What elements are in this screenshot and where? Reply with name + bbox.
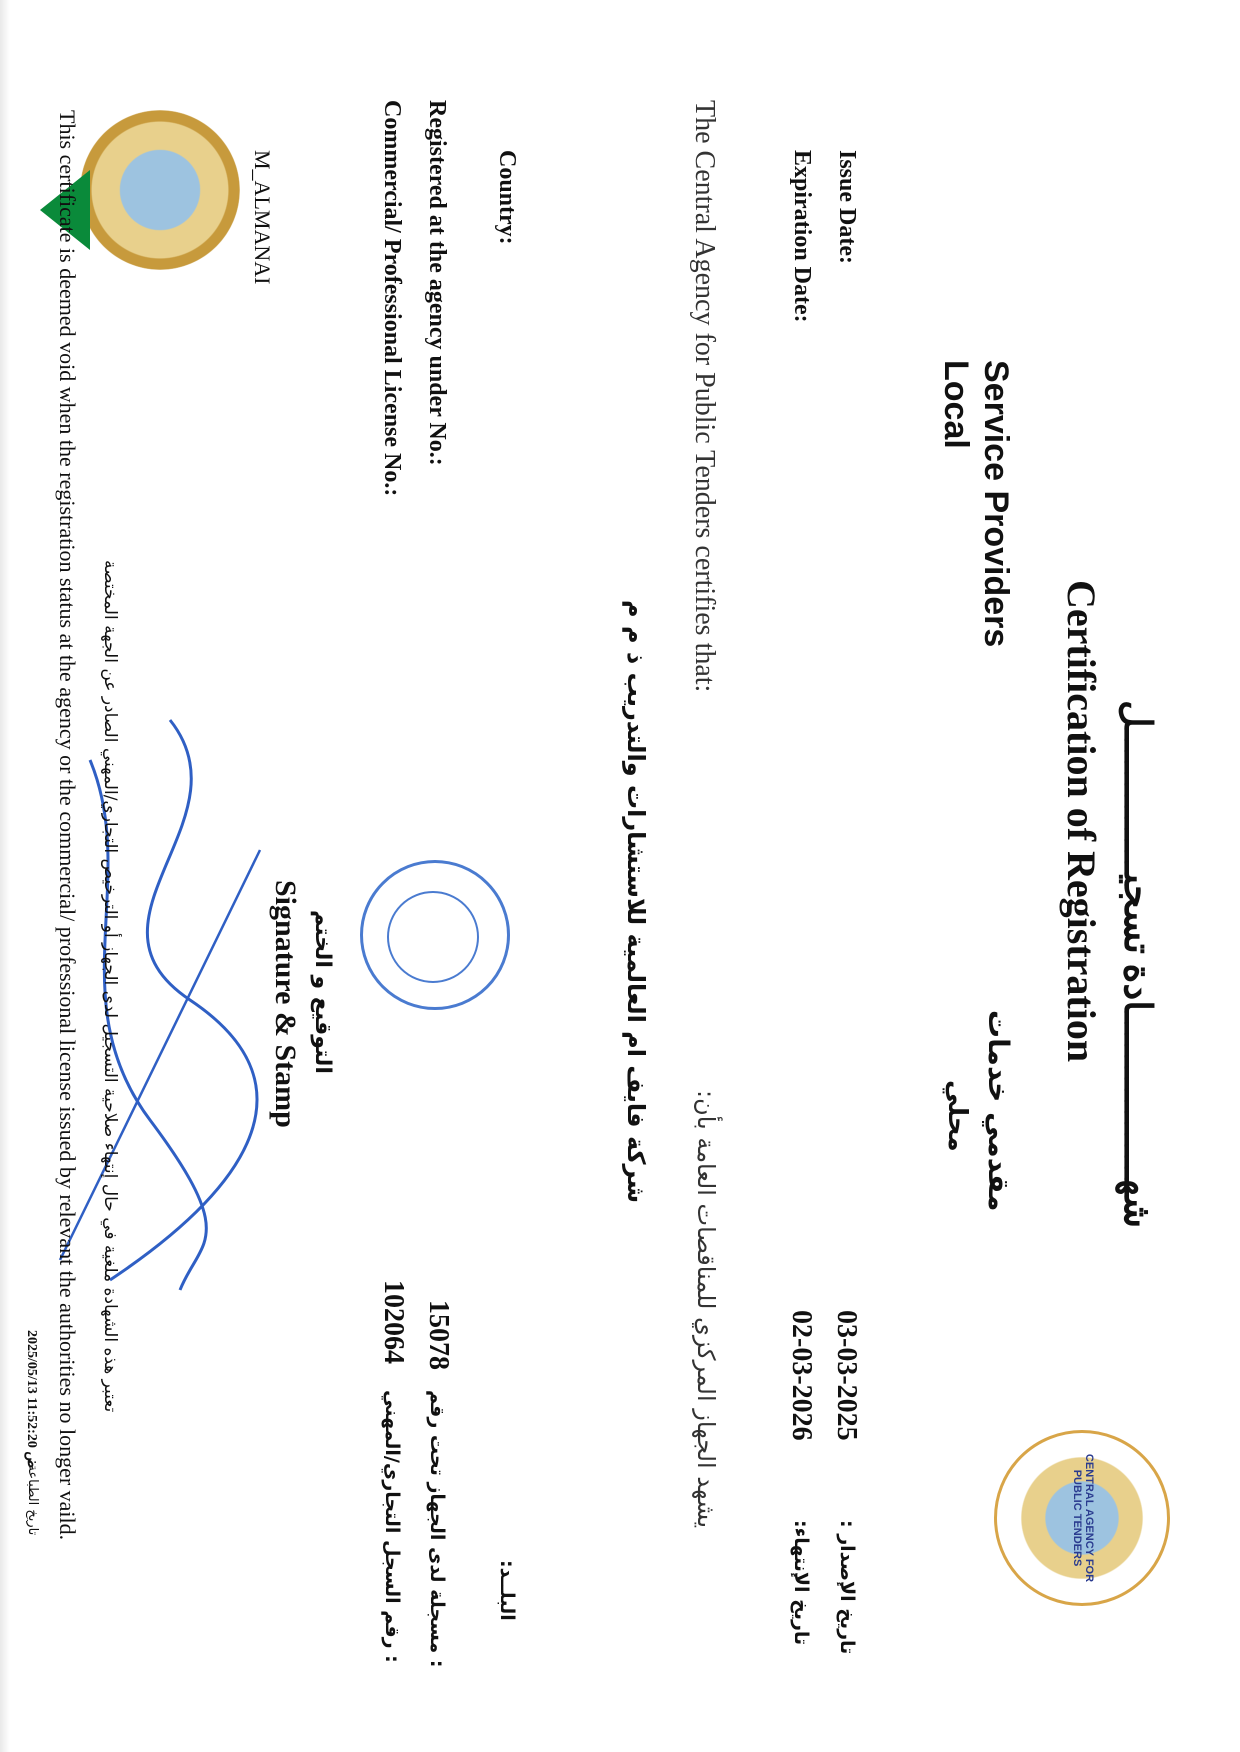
title-english: Certification of Registration	[1058, 580, 1105, 1062]
footer-disclaimer-english: This certificate is deemed void when the…	[54, 110, 80, 1540]
issuer-username: M_ALMANAI	[249, 150, 275, 284]
capt-logo: CENTRAL AGENCY FOR PUBLIC TENDERS	[994, 1430, 1170, 1606]
certificate-sheet: CENTRAL AGENCY FOR PUBLIC TENDERS شهــــ…	[0, 0, 1240, 1752]
expiration-date-value: 02-03-2026	[785, 1310, 817, 1441]
license-number-label-arabic: : رقم السجل التجاري/المهني	[381, 1390, 403, 1663]
company-name: شركة فايف ام العالمية للاستشارات والتدري…	[622, 600, 650, 1203]
issue-date-label: Issue Date:	[833, 150, 860, 264]
issue-date-value: 03-03-2025	[830, 1310, 862, 1441]
scope-english: Local	[936, 360, 975, 449]
certifies-statement-english: The Central Agency for Public Tenders ce…	[688, 100, 720, 692]
country-label: Country:	[493, 150, 520, 245]
category-english: Service Providers	[976, 360, 1015, 647]
kuwait-emblem-logo	[80, 110, 240, 270]
registration-number-label: Registered at the agency under No.:	[423, 100, 450, 466]
license-number-value: 102064	[377, 1280, 409, 1364]
title-arabic: شهـــــــــــــــادة تسجيـــــــــــــل	[1115, 700, 1160, 1228]
official-stamp	[360, 860, 510, 1010]
stamp-emblem-icon	[387, 891, 479, 983]
signature-label-arabic: التوقيع و الختم	[310, 910, 335, 1074]
registration-number-value: 15078	[422, 1300, 454, 1370]
capt-logo-text: CENTRAL AGENCY FOR PUBLIC TENDERS	[1071, 1433, 1095, 1603]
print-timestamp: 2025/05/13 11:52:20 ص	[23, 1330, 40, 1468]
certifies-statement-arabic: يشهد الجهاز المركزي للمناقصات العامة بأن…	[692, 1090, 720, 1528]
category-arabic: مقدمي خدمات	[982, 1010, 1015, 1211]
print-date-label-arabic: تاريخ الطباعة:	[25, 1460, 40, 1535]
license-number-label: Commercial/ Professional License No.:	[378, 100, 405, 496]
issue-date-label-arabic: تاريخ الإصدار :	[836, 1520, 858, 1654]
registration-number-label-arabic: : مسجلة لدى الجهاز تحت رقم	[426, 1390, 448, 1667]
expiration-date-label-arabic: تاريخ الإنتهاء:	[790, 1520, 812, 1645]
footer-disclaimer-arabic: تعتبر هذه الشهادة ملغية في حال إنتهاء صل…	[100, 560, 120, 1412]
expiration-date-label: Expiration Date:	[788, 150, 815, 323]
scope-arabic: محلي	[942, 1080, 972, 1152]
country-label-arabic: البلــد:	[496, 1560, 518, 1621]
